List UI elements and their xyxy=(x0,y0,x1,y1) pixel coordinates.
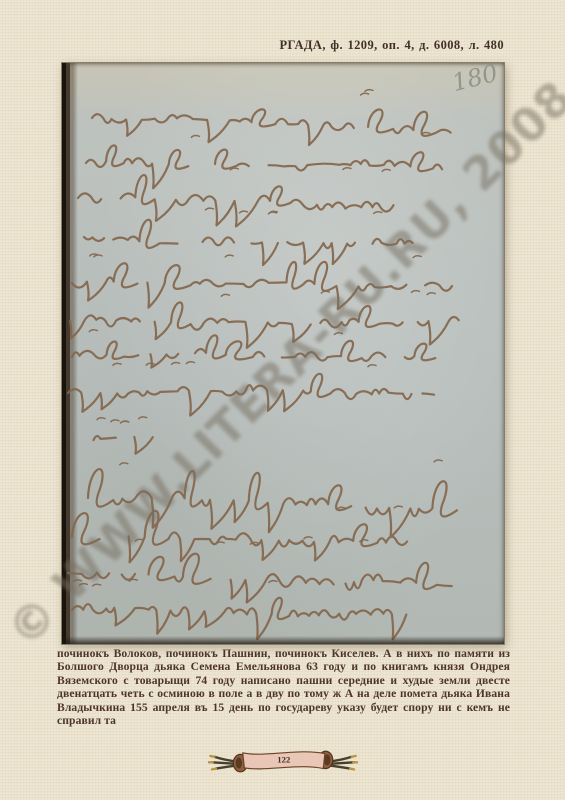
ribbon-graphic: 122 xyxy=(208,744,358,779)
archive-reference: РГАДА, ф. 1209, оп. 4, д. 6008, л. 480 xyxy=(279,38,504,53)
page-number: 122 xyxy=(277,754,290,764)
manuscript-scan: 180 xyxy=(62,63,504,644)
page-number-ribbon: 122 xyxy=(208,744,358,779)
handwriting-strokes xyxy=(62,63,504,644)
caption-text: починокъ Волоков, починокъ Пашнин, почин… xyxy=(57,647,510,727)
book-page: РГАДА, ф. 1209, оп. 4, д. 6008, л. 480 1… xyxy=(0,0,565,800)
ribbon-curl-left-shadow xyxy=(235,758,241,769)
